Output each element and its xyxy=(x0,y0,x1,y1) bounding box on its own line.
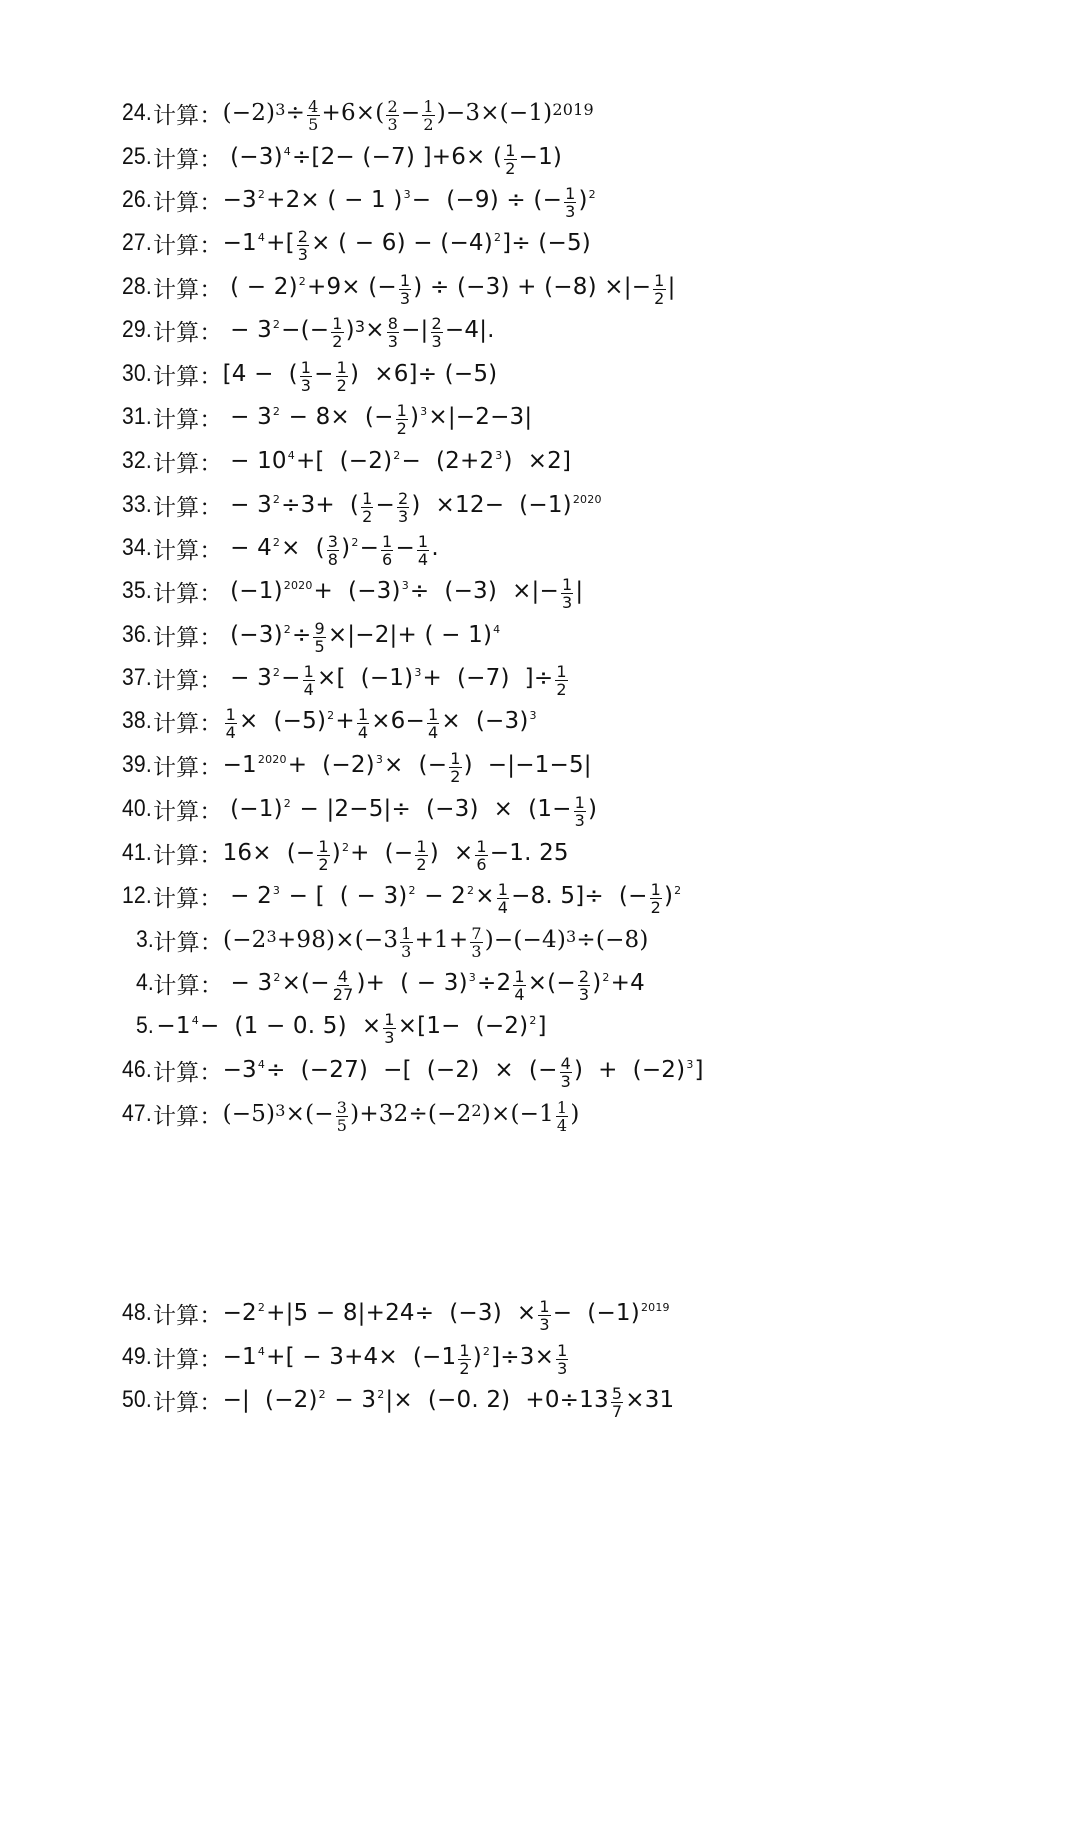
fraction: 16 xyxy=(475,838,487,873)
math-expression: −14 +[ 23 × ( − 6) − (−4)2 ]÷ (−5) xyxy=(223,226,591,261)
fraction: 12 xyxy=(396,402,408,437)
fraction: 12 xyxy=(555,663,567,698)
math-expression: (−23 +98)×(−3 13 +1+ 73 )−(−4)3 ÷(−8) xyxy=(223,923,649,958)
math-expression: ( − 2)2 +9× (− 13 ) ÷ (−3) + (−8) ×|− 12… xyxy=(223,270,676,305)
math-expression: −22 +|5 − 8|+24÷ (−3) × 13 − (−1)2019 xyxy=(223,1296,671,1331)
fraction: 12 xyxy=(415,838,427,873)
problem-label: 计算： xyxy=(153,619,223,652)
fraction: 12 xyxy=(317,838,329,873)
math-expression: − 32 − 14 ×[ (−1)3 + (−7) ]÷ 12 xyxy=(223,661,570,696)
problem-label: 计算： xyxy=(153,924,223,957)
problem-24: 24. 计算： (−2)3 ÷ 45 +6×( 23 − 12 )−3×(−1)… xyxy=(122,88,594,138)
problem-label: 计算： xyxy=(153,532,223,565)
math-expression: − 32 ÷3+ ( 12 − 23 ) ×12− (−1)2020 xyxy=(223,488,603,523)
problem-number: 39. xyxy=(122,751,152,779)
fraction: 427 xyxy=(332,968,355,1003)
math-expression: − 104 +[ (−2)2 − (2+23 ) ×2] xyxy=(223,448,572,474)
problem-label: 计算： xyxy=(153,705,223,738)
problem-number: 35. xyxy=(122,577,152,605)
problem-35: 35. 计算： (−1)2020 + (−3)3 ÷ (−3) ×|− 13 | xyxy=(122,566,583,616)
problem-number: 12. xyxy=(122,882,152,910)
worksheet-page: 24. 计算： (−2)3 ÷ 45 +6×( 23 − 12 )−3×(−1)… xyxy=(0,0,1080,1832)
math-expression: −14 − (1 − 0. 5) × 13 ×[1− (−2)2 ] xyxy=(156,1009,546,1044)
problem-31: 31. 计算： − 32 − 8× (− 12 )3 ×|−2−3| xyxy=(122,392,532,442)
fraction: 14 xyxy=(357,706,369,741)
fraction: 12 xyxy=(361,490,373,525)
problem-number: 3. xyxy=(136,926,154,954)
math-expression: − 42 × ( 38 )2 − 16 − 14 . xyxy=(223,531,439,566)
problem-number: 5. xyxy=(136,1012,154,1040)
problem-number: 47. xyxy=(122,1100,152,1128)
math-expression: − 32 − 8× (− 12 )3 ×|−2−3| xyxy=(223,400,533,435)
problem-label: 计算： xyxy=(153,1341,223,1374)
fraction: 12 xyxy=(458,1342,470,1377)
fraction: 35 xyxy=(336,1099,348,1134)
fraction: 95 xyxy=(313,620,325,655)
math-expression: (−3)4 ÷[2− (−7) ]+6× ( 12 −1) xyxy=(223,140,563,175)
math-expression: −12020 + (−2)3 × (− 12 ) −|−1−5| xyxy=(223,748,592,783)
math-expression: (−5)3 ×(− 35 )+32÷(−22 )×(−1 14 ) xyxy=(223,1097,580,1132)
problem-50: 50. 计算： −| (−2)2 − 32 |× (−0. 2) +0÷13 5… xyxy=(122,1375,674,1425)
fraction: 13 xyxy=(399,272,411,307)
problem-label: 计算： xyxy=(153,837,223,870)
fraction: 13 xyxy=(538,1298,550,1333)
fraction: 43 xyxy=(560,1055,572,1090)
fraction: 83 xyxy=(387,315,399,350)
problem-number: 24. xyxy=(122,99,152,127)
math-expression: −34 ÷ (−27) −[ (−2) × (− 43 ) + (−2)3 ] xyxy=(223,1053,704,1088)
fraction: 12 xyxy=(422,98,434,133)
fraction: 12 xyxy=(653,272,665,307)
fraction: 14 xyxy=(497,881,509,916)
problem-number: 31. xyxy=(122,403,152,431)
problem-45: 5. −14 − (1 − 0. 5) × 13 ×[1− (−2)2 ] xyxy=(136,1001,547,1051)
fraction: 13 xyxy=(383,1011,395,1046)
fraction: 13 xyxy=(300,359,312,394)
problem-label: 计算： xyxy=(153,141,223,174)
problem-number: 49. xyxy=(122,1343,152,1371)
math-expression: (−3)2 ÷ 95 ×|−2|+ ( − 1)4 xyxy=(223,618,502,653)
problem-label: 计算： xyxy=(153,314,223,347)
problem-label: 计算： xyxy=(153,1098,223,1131)
math-expression: −14 +[ − 3+4× (−1 12 )2 ]÷3× 13 xyxy=(223,1340,571,1375)
math-expression: − 32 ×(− 427 )+ ( − 3)3 ÷2 14 ×(− 23 )2 … xyxy=(223,966,645,1001)
problem-number: 40. xyxy=(122,795,152,823)
problem-number: 28. xyxy=(122,273,152,301)
problem-number: 30. xyxy=(122,360,152,388)
problem-number: 34. xyxy=(122,534,152,562)
fraction: 14 xyxy=(427,706,439,741)
problem-40: 40. 计算： (−1)2 − |2−5|÷ (−3) × (1− 13 ) xyxy=(122,784,597,834)
fraction: 45 xyxy=(307,98,319,133)
fraction: 23 xyxy=(578,968,590,1003)
fraction: 13 xyxy=(574,794,586,829)
fraction: 13 xyxy=(556,1342,568,1377)
problem-label: 计算： xyxy=(153,1297,223,1330)
problem-label: 计算： xyxy=(153,793,223,826)
fraction: 14 xyxy=(417,533,429,568)
fraction: 14 xyxy=(303,663,315,698)
problem-32: 32. 计算： − 104 +[ (−2)2 − (2+23 ) ×2] xyxy=(122,436,571,486)
problem-number: 29. xyxy=(122,316,152,344)
problem-label: 计算： xyxy=(153,489,223,522)
math-expression: (−1)2020 + (−3)3 ÷ (−3) ×|− 13 | xyxy=(223,574,584,609)
problem-label: 计算： xyxy=(153,575,223,608)
fraction: 14 xyxy=(225,706,237,741)
problem-label: 计算： xyxy=(153,445,223,478)
fraction: 38 xyxy=(327,533,339,568)
problem-number: 4. xyxy=(136,969,154,997)
problem-label: 计算： xyxy=(153,358,223,391)
problem-number: 36. xyxy=(122,621,152,649)
math-expression: 14 × (−5)2 + 14 ×6− 14 × (−3)3 xyxy=(223,704,538,739)
problem-number: 46. xyxy=(122,1056,152,1084)
fraction: 13 xyxy=(400,925,412,960)
problem-label: 计算： xyxy=(153,749,223,782)
problem-label: 计算： xyxy=(153,227,223,260)
math-expression: −| (−2)2 − 32 |× (−0. 2) +0÷13 57 ×31 xyxy=(223,1383,675,1418)
problem-number: 50. xyxy=(122,1386,152,1414)
fraction: 23 xyxy=(297,228,309,263)
fraction: 12 xyxy=(331,315,343,350)
problem-27: 27. 计算： −14 +[ 23 × ( − 6) − (−4)2 ]÷ (−… xyxy=(122,218,591,268)
problem-29: 29. 计算： − 32 −(− 12 )3 × 83 −| 23 −4|. xyxy=(122,305,495,355)
problem-46: 46. 计算： −34 ÷ (−27) −[ (−2) × (− 43 ) + … xyxy=(122,1045,704,1095)
problem-label: 计算： xyxy=(153,401,223,434)
problem-42: 12. 计算： − 23 − [ ( − 3)2 − 22 × 14 −8. 5… xyxy=(122,871,682,921)
fraction: 12 xyxy=(336,359,348,394)
math-expression: (−2)3 ÷ 45 +6×( 23 − 12 )−3×(−1)2019 xyxy=(223,96,594,131)
problem-39: 39. 计算： −12020 + (−2)3 × (− 12 ) −|−1−5| xyxy=(122,740,592,790)
fraction: 23 xyxy=(386,98,398,133)
fraction: 12 xyxy=(504,142,516,177)
problem-label: 计算： xyxy=(153,967,223,1000)
problem-label: 计算： xyxy=(153,880,223,913)
problem-47: 47. 计算： (−5)3 ×(− 35 )+32÷(−22 )×(−1 14 … xyxy=(122,1089,580,1139)
problem-label: 计算： xyxy=(153,1054,223,1087)
problem-number: 37. xyxy=(122,664,152,692)
problem-number: 48. xyxy=(122,1299,152,1327)
fraction: 23 xyxy=(431,315,443,350)
problem-label: 计算： xyxy=(153,184,223,217)
problem-number: 26. xyxy=(122,186,152,214)
math-expression: − 23 − [ ( − 3)2 − 22 × 14 −8. 5]÷ (− 12… xyxy=(223,879,683,914)
math-expression: [4 − ( 13 − 12 ) ×6]÷ (−5) xyxy=(223,357,498,392)
problem-48: 48. 计算： −22 +|5 − 8|+24÷ (−3) × 13 − (−1… xyxy=(122,1288,671,1338)
problem-label: 计算： xyxy=(153,662,223,695)
fraction: 23 xyxy=(397,490,409,525)
problem-number: 32. xyxy=(122,447,152,475)
math-expression: −32 +2× ( − 1 )3 − (−9) ÷ (− 13 )2 xyxy=(223,183,597,218)
problem-label: 计算： xyxy=(153,1384,223,1417)
fraction: 12 xyxy=(650,881,662,916)
fraction: 12 xyxy=(449,750,461,785)
problem-number: 41. xyxy=(122,839,152,867)
problem-38: 38. 计算： 14 × (−5)2 + 14 ×6− 14 × (−3)3 xyxy=(122,696,538,746)
problem-number: 25. xyxy=(122,143,152,171)
problem-label: 计算： xyxy=(153,97,223,130)
fraction: 14 xyxy=(513,968,525,1003)
fraction: 57 xyxy=(611,1385,623,1420)
math-expression: (−1)2 − |2−5|÷ (−3) × (1− 13 ) xyxy=(223,792,598,827)
problem-number: 38. xyxy=(122,707,152,735)
fraction: 73 xyxy=(470,925,482,960)
fraction: 16 xyxy=(381,533,393,568)
problem-label: 计算： xyxy=(153,271,223,304)
problem-number: 33. xyxy=(122,491,152,519)
fraction: 13 xyxy=(564,185,576,220)
math-expression: − 32 −(− 12 )3 × 83 −| 23 −4|. xyxy=(223,313,495,348)
fraction: 14 xyxy=(556,1099,568,1134)
math-expression: 16× (− 12 )2 + (− 12 ) × 16 −1. 25 xyxy=(223,836,569,871)
problem-number: 27. xyxy=(122,229,152,257)
fraction: 13 xyxy=(561,576,573,611)
